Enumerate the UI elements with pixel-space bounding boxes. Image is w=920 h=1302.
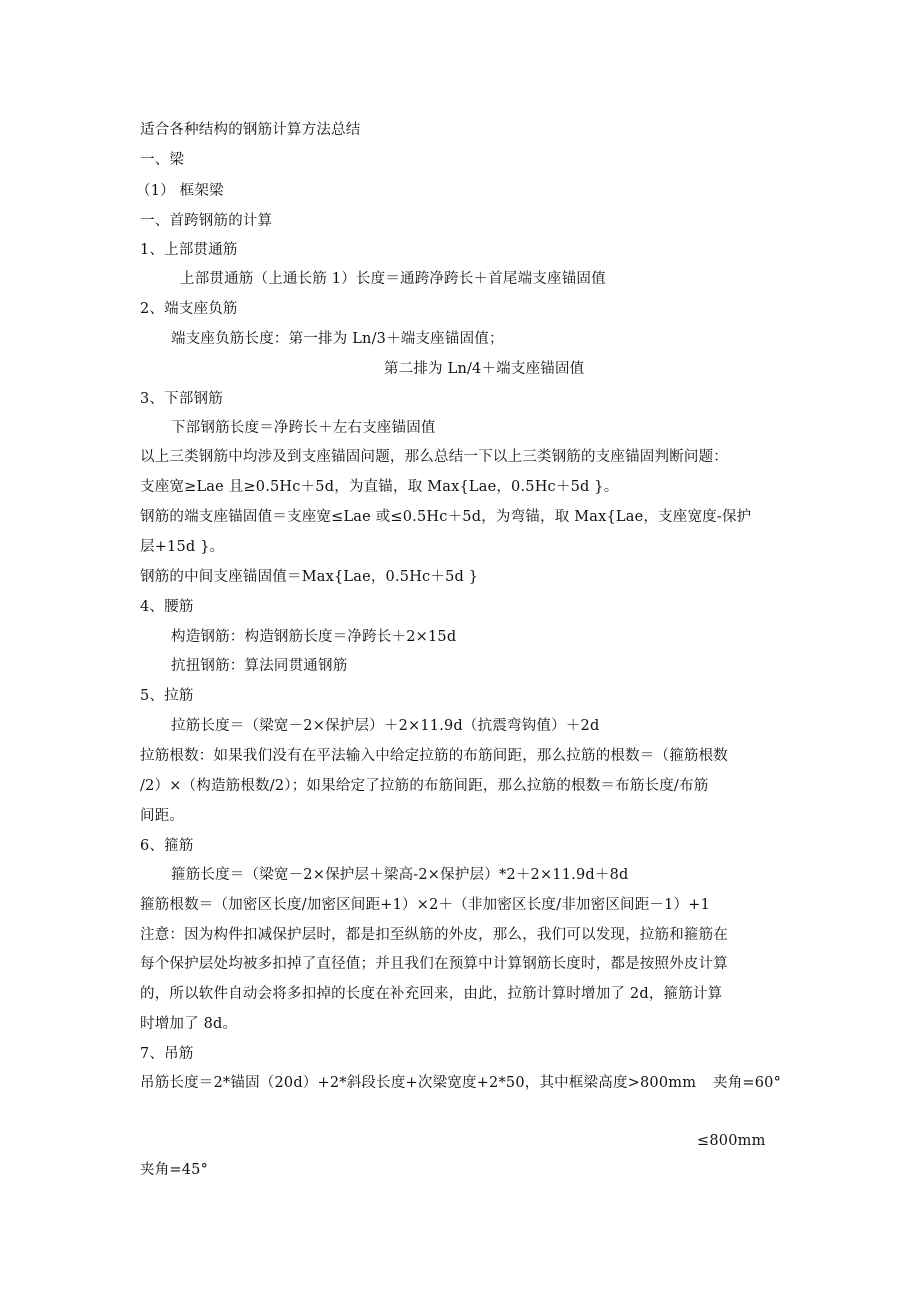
text-line: 箍筋根数＝（加密区长度/加密区间距+1）×2＋（非加密区长度/非加密区间距－1）… <box>140 895 710 915</box>
text-line: 端支座负筋长度：第一排为 Ln/3＋端支座锚固值； <box>171 329 504 349</box>
text-line: /2）×（构造筋根数/2）；如果给定了拉筋的布筋间距，那么拉筋的根数＝布筋长度/… <box>140 776 708 796</box>
text-line: 钢筋的中间支座锚固值＝Max{Lae，0.5Hc＋5d } <box>140 567 478 587</box>
text-line: 注意：因为构件扣减保护层时，都是扣至纵筋的外皮，那么，我们可以发现，拉筋和箍筋在 <box>140 925 728 945</box>
text-line: 夹角=45° <box>140 1160 208 1180</box>
text-line: （1） 框架梁 <box>136 181 224 201</box>
text-line: 时增加了 8d。 <box>140 1014 237 1034</box>
text-line: 支座宽≥Lae 且≥0.5Hc＋5d，为直锚，取 Max{Lae，0.5Hc＋5… <box>140 477 618 497</box>
text-line: 的，所以软件自动会将多扣掉的长度在补充回来，由此，拉筋计算时增加了 2d，箍筋计… <box>140 984 722 1004</box>
document-title: 适合各种结构的钢筋计算方法总结 <box>140 120 361 140</box>
text-line: 3、下部钢筋 <box>140 389 223 409</box>
text-line: 箍筋长度＝（梁宽－2×保护层＋梁高-2×保护层）*2＋2×11.9d＋8d <box>171 865 628 885</box>
text-line: 层+15d }。 <box>140 537 224 557</box>
text-line: 抗扭钢筋：算法同贯通钢筋 <box>171 656 347 676</box>
text-line: 1、上部贯通筋 <box>140 240 238 260</box>
text-line: 吊筋长度＝2*锚固（20d）+2*斜段长度+次梁宽度+2*50，其中框梁高度>8… <box>140 1073 696 1093</box>
text-line: 拉筋根数：如果我们没有在平法输入中给定拉筋的布筋间距，那么拉筋的根数＝（箍筋根数 <box>140 746 728 766</box>
text-line: 上部贯通筋（上通长筋 1）长度＝通跨净跨长＋首尾端支座锚固值 <box>180 269 606 289</box>
text-line: 钢筋的端支座锚固值＝支座宽≤Lae 或≤0.5Hc＋5d，为弯锚，取 Max{L… <box>140 507 751 527</box>
text-line: 第二排为 Ln/4＋端支座锚固值 <box>384 359 584 379</box>
text-line: 2、端支座负筋 <box>140 299 238 319</box>
text-line: 以上三类钢筋中均涉及到支座锚固问题，那么总结一下以上三类钢筋的支座锚固判断问题： <box>140 447 728 467</box>
text-line: 一、梁 <box>140 150 184 170</box>
text-line: 间距。 <box>140 806 184 826</box>
text-line: 一、首跨钢筋的计算 <box>140 211 272 231</box>
document-page: 适合各种结构的钢筋计算方法总结一、梁（1） 框架梁一、首跨钢筋的计算1、上部贯通… <box>0 0 920 1302</box>
text-line: 夹角=60° <box>713 1073 781 1093</box>
text-line: 每个保护层处均被多扣掉了直径值；并且我们在预算中计算钢筋长度时，都是按照外皮计算 <box>140 954 728 974</box>
text-line: ≤800mm <box>697 1131 766 1151</box>
text-line: 下部钢筋长度＝净跨长＋左右支座锚固值 <box>171 418 436 438</box>
text-line: 4、腰筋 <box>140 597 194 617</box>
text-line: 拉筋长度＝（梁宽－2×保护层）＋2×11.9d（抗震弯钩值）＋2d <box>171 716 599 736</box>
text-line: 5、拉筋 <box>140 686 194 706</box>
text-line: 7、吊筋 <box>140 1044 194 1064</box>
text-line: 构造钢筋：构造钢筋长度＝净跨长＋2×15d <box>171 627 456 647</box>
text-line: 6、箍筋 <box>140 836 194 856</box>
